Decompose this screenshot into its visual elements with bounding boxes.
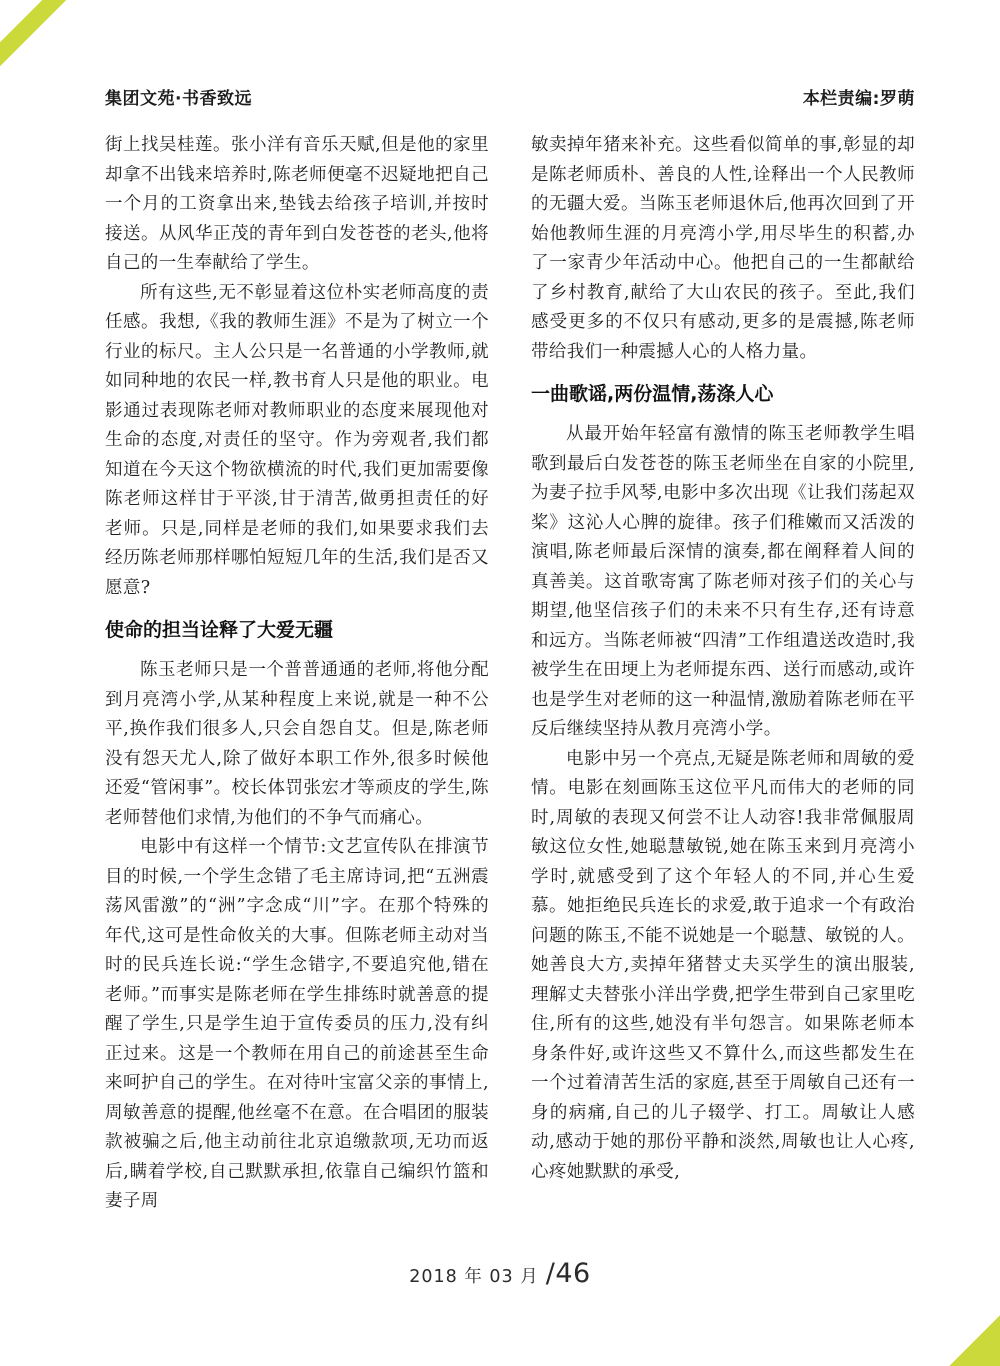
section-heading-mission: 使命的担当诠释了大爱无疆 [105, 618, 489, 642]
right-column: 敏卖掉年猪来补充。这些看似简单的事,彰显的却是陈老师质朴、善良的人性,诠释出一个… [531, 131, 915, 1217]
section-title: 集团文苑·书香致远 [105, 84, 252, 109]
paragraph: 电影中有这样一个情节:文艺宣传队在排演节目的时候,一个学生念错了毛主席诗词,把“… [105, 833, 489, 1217]
section-heading-song: 一曲歌谣,两份温情,荡涤人心 [531, 382, 915, 406]
magazine-page: 集团文苑·书香致远 本栏责编:罗萌 街上找吴桂莲。张小洋有音乐天赋,但是他的家里… [0, 0, 1000, 1366]
paragraph: 电影中另一个亮点,无疑是陈老师和周敏的爱情。电影在刻画陈玉这位平凡而伟大的老师的… [531, 745, 915, 1188]
paragraph: 所有这些,无不彰显着这位朴实老师高度的责任感。我想,《我的教师生涯》不是为了树立… [105, 279, 489, 604]
page-footer: 2018 年 03 月 /46 [0, 1258, 1000, 1289]
paragraph: 陈玉老师只是一个普普通通的老师,将他分配到月亮湾小学,从某种程度上来说,就是一种… [105, 656, 489, 833]
page-header: 集团文苑·书香致远 本栏责编:罗萌 [105, 84, 915, 109]
page-number: /46 [546, 1258, 591, 1289]
issue-date: 2018 年 03 月 [409, 1263, 539, 1288]
paragraph-continuation: 敏卖掉年猪来补充。这些看似简单的事,彰显的却是陈老师质朴、善良的人性,诠释出一个… [531, 131, 915, 367]
left-column: 街上找吴桂莲。张小洋有音乐天赋,但是他的家里却拿不出钱来培养时,陈老师便毫不迟疑… [105, 131, 489, 1217]
editor-credit: 本栏责编:罗萌 [803, 84, 915, 109]
corner-accent-top-left [0, 0, 84, 84]
paragraph: 从最开始年轻富有激情的陈玉老师教学生唱歌到最后白发苍苍的陈玉老师坐在自家的小院里… [531, 420, 915, 745]
article-body: 街上找吴桂莲。张小洋有音乐天赋,但是他的家里却拿不出钱来培养时,陈老师便毫不迟疑… [105, 131, 915, 1217]
paragraph-continuation: 街上找吴桂莲。张小洋有音乐天赋,但是他的家里却拿不出钱来培养时,陈老师便毫不迟疑… [105, 131, 489, 279]
